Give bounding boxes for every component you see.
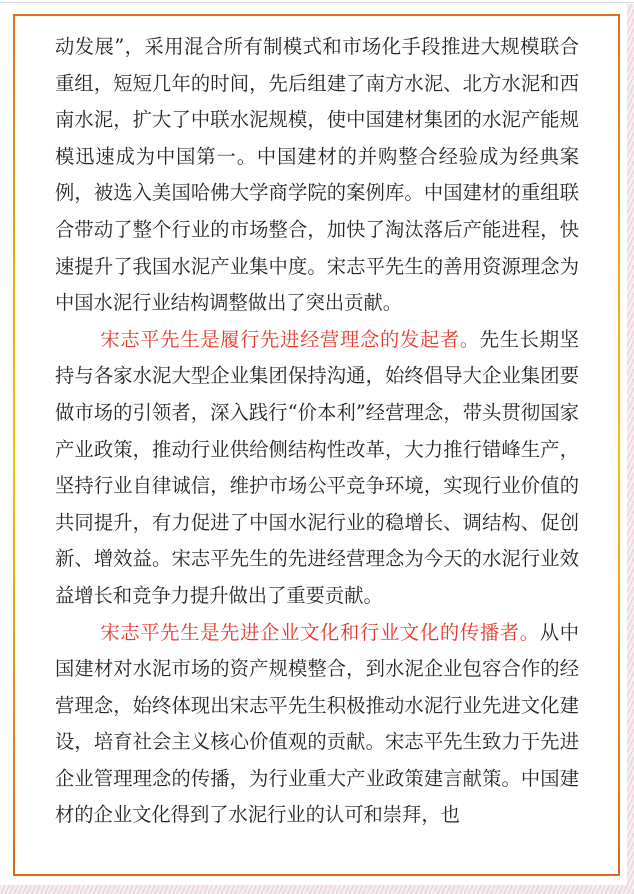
paragraph: 宋志平先生是先进企业文化和行业文化的传播者。从中国建材对水泥市场的资产规模整合，… xyxy=(55,615,579,835)
document-text: 动发展”，采用混合所有制模式和市场化手段推进大规模联合重组，短短几年的时间，先后… xyxy=(55,29,579,834)
emphasis-sentence: 宋志平先生是履行先进经营理念的发起者。 xyxy=(100,328,479,351)
emphasis-sentence: 宋志平先生是先进企业文化和行业文化的传播者。 xyxy=(100,621,539,644)
paragraph: 宋志平先生是履行先进经营理念的发起者。先生长期坚持与各家水泥大型企业集团保持沟通… xyxy=(55,322,579,615)
body-text-run: 先生长期坚持与各家水泥大型企业集团保持沟通，始终倡导大企业集团要做市场的引领者，… xyxy=(55,328,579,607)
paragraph: 动发展”，采用混合所有制模式和市场化手段推进大规模联合重组，短短几年的时间，先后… xyxy=(55,29,579,322)
page-sheet: 动发展”，采用混合所有制模式和市场化手段推进大规模联合重组，短短几年的时间，先后… xyxy=(0,3,627,885)
document-page: 动发展”，采用混合所有制模式和市场化手段推进大规模联合重组，短短几年的时间，先后… xyxy=(0,0,634,894)
body-text-run: 动发展”，采用混合所有制模式和市场化手段推进大规模联合重组，短短几年的时间，先后… xyxy=(55,35,579,314)
backdrop-texture-right xyxy=(627,4,634,894)
backdrop-texture-bottom xyxy=(0,885,634,894)
body-text-run: 从中国建材对水泥市场的资产规模整合，到水泥企业包容合作的经营理念，始终体现出宋志… xyxy=(55,621,579,827)
